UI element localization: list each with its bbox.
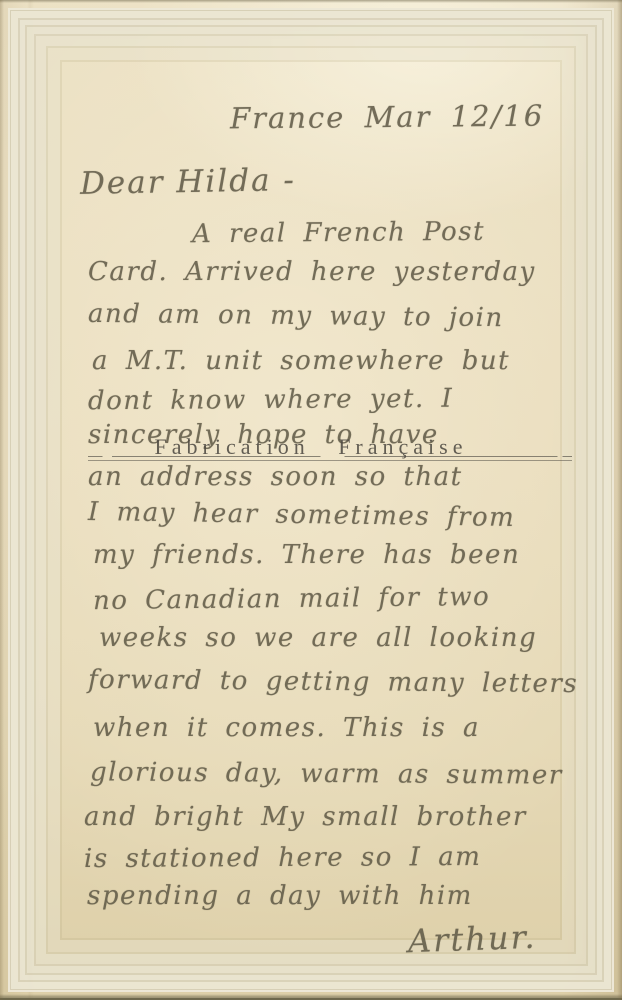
handwritten-line: A real French Post: [192, 217, 485, 250]
scan-edge-right: [617, 0, 622, 1000]
scan-edge-bottom: [0, 994, 622, 1000]
handwritten-line: I may hear sometimes from: [88, 497, 516, 533]
signature: Arthur.: [407, 918, 537, 960]
handwritten-line: when it comes. This is a: [93, 713, 480, 743]
scan-edge-left: [0, 0, 4, 1000]
handwritten-line: dont know where yet. I: [88, 384, 453, 417]
scan-edge-top: [0, 0, 622, 3]
handwritten-line: Card. Arrived here yesterday: [88, 257, 536, 287]
handwritten-line: and bright My small brother: [84, 802, 527, 832]
dateline: France Mar 12/16: [230, 99, 545, 136]
salutation: Dear Hilda -: [80, 162, 296, 202]
printed-rule: [88, 456, 572, 461]
handwritten-line: spending a day with him: [87, 881, 473, 911]
handwritten-line: an address soon so that: [88, 462, 463, 492]
handwritten-line: and am on my way to join: [88, 299, 504, 333]
handwritten-line: a M.T. unit somewhere but: [92, 346, 510, 376]
handwritten-line: glorious day, warm as summer: [90, 757, 563, 790]
handwritten-line: my friends. There has been: [93, 540, 520, 570]
handwritten-line: forward to getting many letters: [88, 665, 578, 699]
handwritten-line: weeks so we are all looking: [99, 623, 537, 653]
scanned-letter: France Mar 12/16 Dear Hilda - A real Fre…: [0, 0, 622, 1000]
handwritten-line: is stationed here so I am: [84, 842, 481, 874]
handwritten-line: no Canadian mail for two: [93, 582, 490, 616]
